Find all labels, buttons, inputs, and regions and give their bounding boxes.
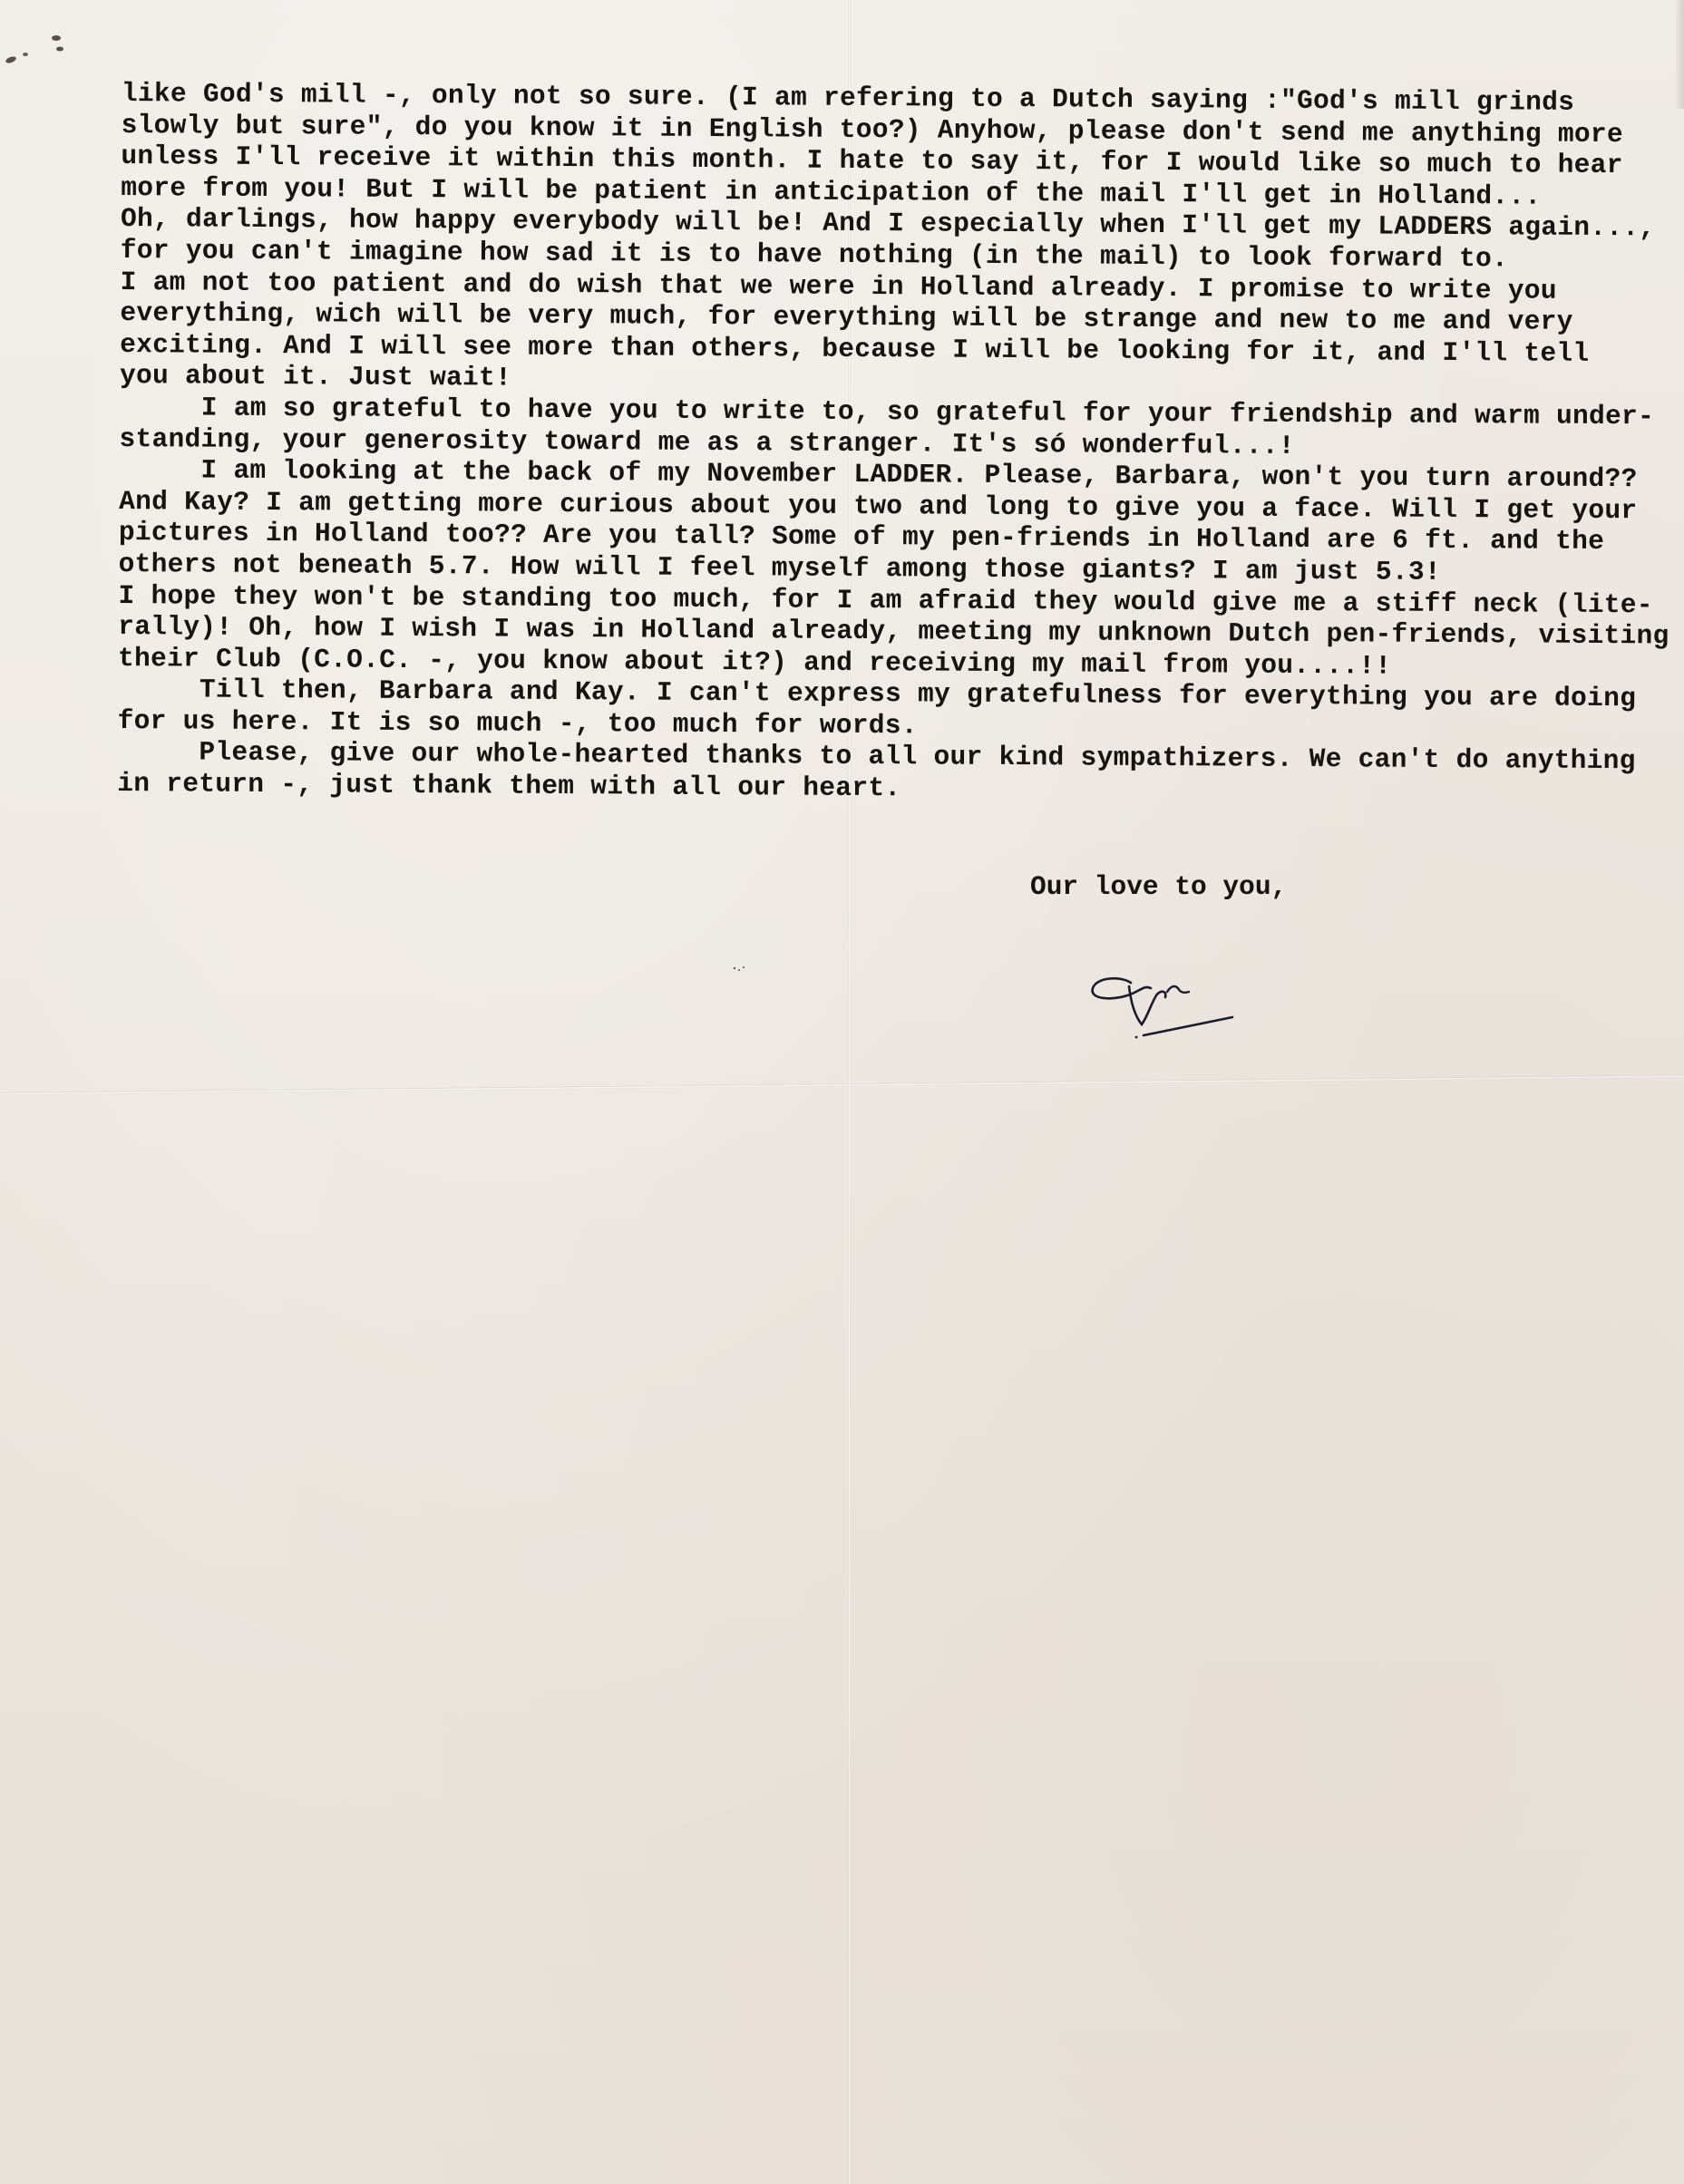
letter-body: like God's mill -, only not so sure. (I … bbox=[117, 78, 1663, 809]
paper-edge-shadow bbox=[1675, 0, 1684, 109]
horizontal-fold-line bbox=[0, 1075, 1684, 1095]
handwritten-signature-icon bbox=[1084, 961, 1247, 1043]
corner-ink-marks-icon bbox=[4, 22, 67, 76]
closing-salutation: Our love to you, bbox=[1030, 871, 1287, 902]
ink-speck-icon bbox=[731, 965, 749, 974]
letter-page: like God's mill -, only not so sure. (I … bbox=[0, 0, 1684, 2184]
